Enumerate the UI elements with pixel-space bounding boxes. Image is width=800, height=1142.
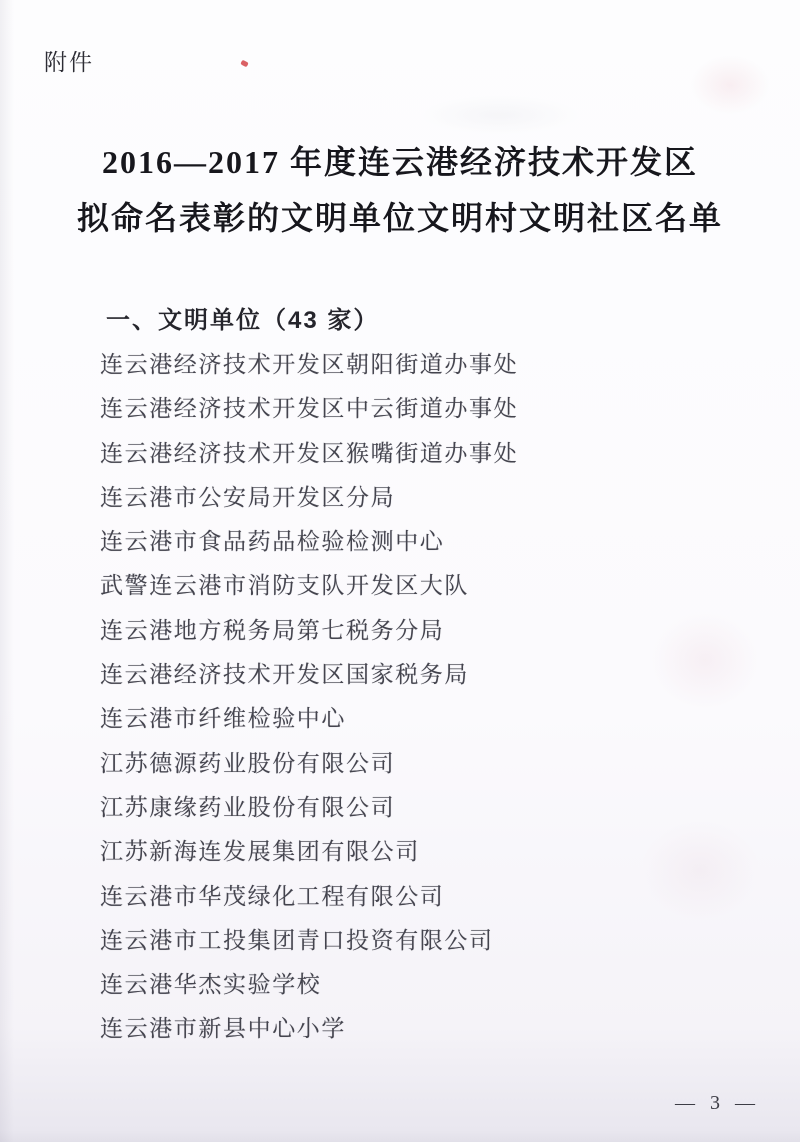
scan-artifact-bleedthrough [420,95,580,135]
list-item: 连云港市工投集团青口投资有限公司 [100,919,740,963]
document-title-line-2: 拟命名表彰的文明单位文明村文明社区名单 [0,190,800,246]
list-item: 连云港经济技术开发区国家税务局 [100,653,740,697]
list-item: 连云港市公安局开发区分局 [100,476,740,520]
civilized-unit-list: 连云港经济技术开发区朝阳街道办事处 连云港经济技术开发区中云街道办事处 连云港经… [100,343,740,1052]
list-item: 连云港经济技术开发区猴嘴街道办事处 [100,432,740,476]
scan-artifact-red-speck [240,60,249,68]
attachment-label: 附件 [44,44,94,77]
section-heading-civilized-units: 一、文明单位（43 家） [106,300,379,335]
document-title-line-1: 2016—2017 年度连云港经济技术开发区 [0,134,800,190]
document-title: 2016—2017 年度连云港经济技术开发区 拟命名表彰的文明单位文明村文明社区… [0,134,800,246]
list-item: 江苏德源药业股份有限公司 [100,742,740,786]
list-item: 连云港市纤维检验中心 [100,697,740,741]
list-item: 江苏康缘药业股份有限公司 [100,786,740,830]
list-item: 武警连云港市消防支队开发区大队 [100,564,740,608]
list-item: 连云港经济技术开发区朝阳街道办事处 [100,343,740,387]
list-item: 连云港经济技术开发区中云街道办事处 [100,387,740,431]
document-page: 附件 2016—2017 年度连云港经济技术开发区 拟命名表彰的文明单位文明村文… [0,0,800,1142]
list-item: 连云港市新县中心小学 [100,1007,740,1051]
list-item: 江苏新海连发展集团有限公司 [100,830,740,874]
list-item: 连云港市食品药品检验检测中心 [100,520,740,564]
list-item: 连云港地方税务局第七税务分局 [100,609,740,653]
scan-artifact-bleedthrough [690,55,770,115]
list-item: 连云港市华茂绿化工程有限公司 [100,875,740,919]
page-number: — 3 — [675,1092,760,1115]
list-item: 连云港华杰实验学校 [100,963,740,1007]
